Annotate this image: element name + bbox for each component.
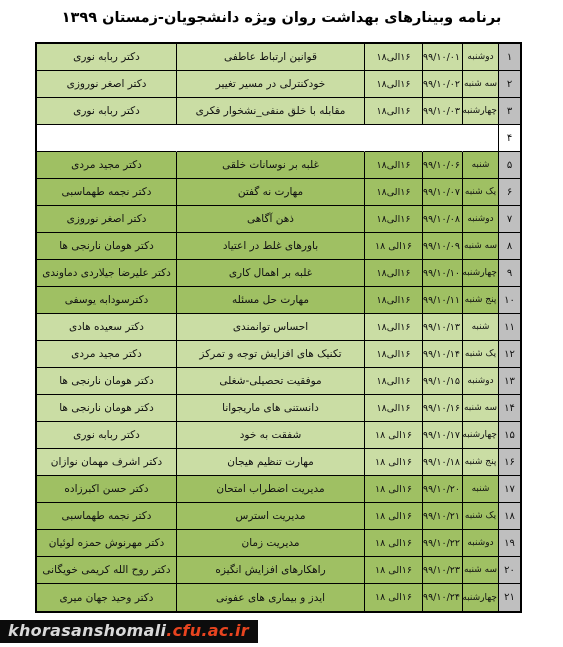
presenter-cell: دکترسودابه یوسفی [37, 287, 176, 314]
topic-cell: مهارت نه گفتن [176, 179, 364, 206]
topic-cell: دانستنی های ماریجوانا [176, 395, 364, 422]
topic-cell: مهارت حل مسئله [176, 287, 364, 314]
time-cell: ۱۶الی ۱۸ [364, 503, 422, 530]
time-cell: ۱۶الی۱۸ [364, 368, 422, 395]
day-cell: یک شنبه [462, 341, 498, 368]
topic-cell: راهکارهای افزایش انگیزه [176, 557, 364, 584]
presenter-cell: دکتر هومان نارنجی ها [37, 368, 176, 395]
row-number-cell: ۱۸ [498, 503, 520, 530]
time-cell: ۱۶الی ۱۸ [364, 449, 422, 476]
presenter-cell: دکتر علیرضا جیلاردی دماوندی [37, 260, 176, 287]
day-cell: چهارشنبه [462, 422, 498, 449]
topic-cell: مدیریت زمان [176, 530, 364, 557]
day-cell: پنج شنبه [462, 449, 498, 476]
topic-cell [176, 125, 364, 152]
table-row: ۲۰ سه شنبه ۹۹/۱۰/۲۳ ۱۶الی ۱۸ راهکارهای ا… [37, 557, 520, 584]
time-cell: ۱۶الی۱۸ [364, 71, 422, 98]
time-cell: ۱۶الی۱۸ [364, 44, 422, 71]
presenter-cell: دکتر اصغر نوروزی [37, 206, 176, 233]
day-cell: دوشنبه [462, 206, 498, 233]
table-row: ۳ چهارشنبه ۹۹/۱۰/۰۳ ۱۶الی۱۸ مقابله با خل… [37, 98, 520, 125]
day-cell: چهارشنبه [462, 98, 498, 125]
time-cell: ۱۶الی۱۸ [364, 341, 422, 368]
date-cell: ۹۹/۱۰/۲۳ [422, 557, 462, 584]
presenter-cell: دکتر ربابه نوری [37, 44, 176, 71]
date-cell: ۹۹/۱۰/۰۹ [422, 233, 462, 260]
topic-cell: موفقیت تحصیلی-شغلی [176, 368, 364, 395]
row-number-cell: ۱ [498, 44, 520, 71]
presenter-cell: دکتر اشرف مهمان نوازان [37, 449, 176, 476]
time-cell: ۱۶الی۱۸ [364, 206, 422, 233]
date-cell: ۹۹/۱۰/۰۷ [422, 179, 462, 206]
time-cell: ۱۶الی ۱۸ [364, 557, 422, 584]
day-cell: یک شنبه [462, 503, 498, 530]
time-cell: ۱۶الی۱۸ [364, 98, 422, 125]
date-cell: ۹۹/۱۰/۰۶ [422, 152, 462, 179]
row-number-cell: ۱۶ [498, 449, 520, 476]
day-cell: دوشنبه [462, 44, 498, 71]
table-row: ۱۲ یک شنبه ۹۹/۱۰/۱۴ ۱۶الی۱۸ تکنیک های اف… [37, 341, 520, 368]
time-cell: ۱۶الی۱۸ [364, 395, 422, 422]
presenter-cell: دکتر حسن اکبرزاده [37, 476, 176, 503]
webinar-schedule-table: ۱ دوشنبه ۹۹/۱۰/۰۱ ۱۶الی۱۸ قوانین ارتباط … [35, 42, 522, 613]
topic-cell: ذهن آگاهی [176, 206, 364, 233]
topic-cell: خودکنترلی در مسیر تغییر [176, 71, 364, 98]
time-cell: ۱۶الی۱۸ [364, 152, 422, 179]
day-cell: شنبه [462, 152, 498, 179]
day-cell: چهارشنبه [462, 260, 498, 287]
date-cell: ۹۹/۱۰/۰۲ [422, 71, 462, 98]
day-cell [462, 125, 498, 152]
row-number-cell: ۱۱ [498, 314, 520, 341]
presenter-cell: دکتر اصغر نوروزی [37, 71, 176, 98]
table-row: ۱۷ شنبه ۹۹/۱۰/۲۰ ۱۶الی ۱۸ مدیریت اضطراب … [37, 476, 520, 503]
table-row: ۶ یک شنبه ۹۹/۱۰/۰۷ ۱۶الی۱۸ مهارت نه گفتن… [37, 179, 520, 206]
topic-cell: غلبه بر نوسانات خلقی [176, 152, 364, 179]
topic-cell: احساس توانمندی [176, 314, 364, 341]
date-cell: ۹۹/۱۰/۱۶ [422, 395, 462, 422]
day-cell: سه شنبه [462, 233, 498, 260]
day-cell: شنبه [462, 476, 498, 503]
table-row: ۴ [37, 125, 520, 152]
presenter-cell: دکتر سعیده هادی [37, 314, 176, 341]
row-number-cell: ۱۹ [498, 530, 520, 557]
topic-cell: غلبه بر اهمال کاری [176, 260, 364, 287]
day-cell: سه شنبه [462, 557, 498, 584]
table-row: ۹ چهارشنبه ۹۹/۱۰/۱۰ ۱۶الی۱۸ غلبه بر اهما… [37, 260, 520, 287]
row-number-cell: ۷ [498, 206, 520, 233]
date-cell: ۹۹/۱۰/۰۱ [422, 44, 462, 71]
presenter-cell: دکتر هومان نارنجی ها [37, 233, 176, 260]
topic-cell: مهارت تنظیم هیجان [176, 449, 364, 476]
time-cell: ۱۶الی ۱۸ [364, 422, 422, 449]
table-row: ۱۸ یک شنبه ۹۹/۱۰/۲۱ ۱۶الی ۱۸ مدیریت استر… [37, 503, 520, 530]
presenter-cell: دکتر ربابه نوری [37, 98, 176, 125]
page: برنامه وبینارهای بهداشت روان ویژه دانشجو… [0, 0, 563, 647]
watermark-site-text: khorasanshomali [8, 621, 166, 640]
day-cell: چهارشنبه [462, 584, 498, 611]
row-number-cell: ۱۵ [498, 422, 520, 449]
presenter-cell: دکتر مهرنوش حمزه لوئیان [37, 530, 176, 557]
row-number-cell: ۴ [498, 125, 520, 152]
topic-cell: تکنیک های افزایش توجه و تمرکز [176, 341, 364, 368]
presenter-cell: دکتر مجید مردی [37, 341, 176, 368]
presenter-cell: دکتر وحید جهان میری [37, 584, 176, 611]
table-row: ۸ سه شنبه ۹۹/۱۰/۰۹ ۱۶الی ۱۸ باورهای غلط … [37, 233, 520, 260]
presenter-cell: دکتر روح الله کریمی خویگانی [37, 557, 176, 584]
day-cell: سه شنبه [462, 71, 498, 98]
row-number-cell: ۵ [498, 152, 520, 179]
presenter-cell [37, 125, 176, 152]
table-row: ۱۵ چهارشنبه ۹۹/۱۰/۱۷ ۱۶الی ۱۸ شفقت به خو… [37, 422, 520, 449]
date-cell: ۹۹/۱۰/۱۱ [422, 287, 462, 314]
watermark-domain-text: .cfu.ac.ir [166, 621, 249, 640]
table-row: ۱۳ دوشنبه ۹۹/۱۰/۱۵ ۱۶الی۱۸ موفقیت تحصیلی… [37, 368, 520, 395]
row-number-cell: ۲۰ [498, 557, 520, 584]
table-row: ۱۰ پنج شنبه ۹۹/۱۰/۱۱ ۱۶الی۱۸ مهارت حل مس… [37, 287, 520, 314]
date-cell: ۹۹/۱۰/۰۸ [422, 206, 462, 233]
row-number-cell: ۹ [498, 260, 520, 287]
presenter-cell: دکتر هومان نارنجی ها [37, 395, 176, 422]
date-cell [422, 125, 462, 152]
date-cell: ۹۹/۱۰/۲۲ [422, 530, 462, 557]
time-cell: ۱۶الی۱۸ [364, 179, 422, 206]
watermark: khorasanshomali.cfu.ac.ir [0, 620, 258, 643]
topic-cell: ایدز و بیماری های عفونی [176, 584, 364, 611]
time-cell: ۱۶الی ۱۸ [364, 476, 422, 503]
day-cell: دوشنبه [462, 368, 498, 395]
topic-cell: مدیریت استرس [176, 503, 364, 530]
table-row: ۲۱ چهارشنبه ۹۹/۱۰/۲۴ ۱۶الی ۱۸ ایدز و بیم… [37, 584, 520, 611]
row-number-cell: ۱۳ [498, 368, 520, 395]
row-number-cell: ۲ [498, 71, 520, 98]
table-row: ۷ دوشنبه ۹۹/۱۰/۰۸ ۱۶الی۱۸ ذهن آگاهی دکتر… [37, 206, 520, 233]
date-cell: ۹۹/۱۰/۲۱ [422, 503, 462, 530]
time-cell: ۱۶الی۱۸ [364, 314, 422, 341]
time-cell: ۱۶الی ۱۸ [364, 584, 422, 611]
date-cell: ۹۹/۱۰/۲۴ [422, 584, 462, 611]
date-cell: ۹۹/۱۰/۲۰ [422, 476, 462, 503]
date-cell: ۹۹/۱۰/۱۸ [422, 449, 462, 476]
topic-cell: باورهای غلط در اعتیاد [176, 233, 364, 260]
day-cell: پنج شنبه [462, 287, 498, 314]
table-row: ۱ دوشنبه ۹۹/۱۰/۰۱ ۱۶الی۱۸ قوانین ارتباط … [37, 44, 520, 71]
topic-cell: مقابله با خلق منفی_نشخوار فکری [176, 98, 364, 125]
day-cell: یک شنبه [462, 179, 498, 206]
row-number-cell: ۲۱ [498, 584, 520, 611]
row-number-cell: ۱۷ [498, 476, 520, 503]
time-cell: ۱۶الی۱۸ [364, 260, 422, 287]
presenter-cell: دکتر نجمه طهماسبی [37, 503, 176, 530]
presenter-cell: دکتر مجید مردی [37, 152, 176, 179]
presenter-cell: دکتر نجمه طهماسبی [37, 179, 176, 206]
row-number-cell: ۸ [498, 233, 520, 260]
time-cell: ۱۶الی۱۸ [364, 287, 422, 314]
date-cell: ۹۹/۱۰/۱۳ [422, 314, 462, 341]
page-title: برنامه وبینارهای بهداشت روان ویژه دانشجو… [0, 0, 563, 26]
day-cell: دوشنبه [462, 530, 498, 557]
row-number-cell: ۶ [498, 179, 520, 206]
table-row: ۱۴ سه شنبه ۹۹/۱۰/۱۶ ۱۶الی۱۸ دانستنی های … [37, 395, 520, 422]
table-row: ۱۹ دوشنبه ۹۹/۱۰/۲۲ ۱۶الی ۱۸ مدیریت زمان … [37, 530, 520, 557]
topic-cell: مدیریت اضطراب امتحان [176, 476, 364, 503]
table-row: ۱۶ پنج شنبه ۹۹/۱۰/۱۸ ۱۶الی ۱۸ مهارت تنظی… [37, 449, 520, 476]
date-cell: ۹۹/۱۰/۰۳ [422, 98, 462, 125]
row-number-cell: ۱۰ [498, 287, 520, 314]
row-number-cell: ۳ [498, 98, 520, 125]
date-cell: ۹۹/۱۰/۱۷ [422, 422, 462, 449]
topic-cell: شفقت به خود [176, 422, 364, 449]
table-row: ۱۱ شنبه ۹۹/۱۰/۱۳ ۱۶الی۱۸ احساس توانمندی … [37, 314, 520, 341]
row-number-cell: ۱۴ [498, 395, 520, 422]
table-row: ۵ شنبه ۹۹/۱۰/۰۶ ۱۶الی۱۸ غلبه بر نوسانات … [37, 152, 520, 179]
date-cell: ۹۹/۱۰/۱۰ [422, 260, 462, 287]
table-row: ۲ سه شنبه ۹۹/۱۰/۰۲ ۱۶الی۱۸ خودکنترلی در … [37, 71, 520, 98]
row-number-cell: ۱۲ [498, 341, 520, 368]
date-cell: ۹۹/۱۰/۱۵ [422, 368, 462, 395]
schedule-table-body: ۱ دوشنبه ۹۹/۱۰/۰۱ ۱۶الی۱۸ قوانین ارتباط … [37, 44, 520, 611]
date-cell: ۹۹/۱۰/۱۴ [422, 341, 462, 368]
day-cell: سه شنبه [462, 395, 498, 422]
time-cell [364, 125, 422, 152]
presenter-cell: دکتر ربابه نوری [37, 422, 176, 449]
day-cell: شنبه [462, 314, 498, 341]
time-cell: ۱۶الی ۱۸ [364, 233, 422, 260]
time-cell: ۱۶الی ۱۸ [364, 530, 422, 557]
topic-cell: قوانین ارتباط عاطفی [176, 44, 364, 71]
